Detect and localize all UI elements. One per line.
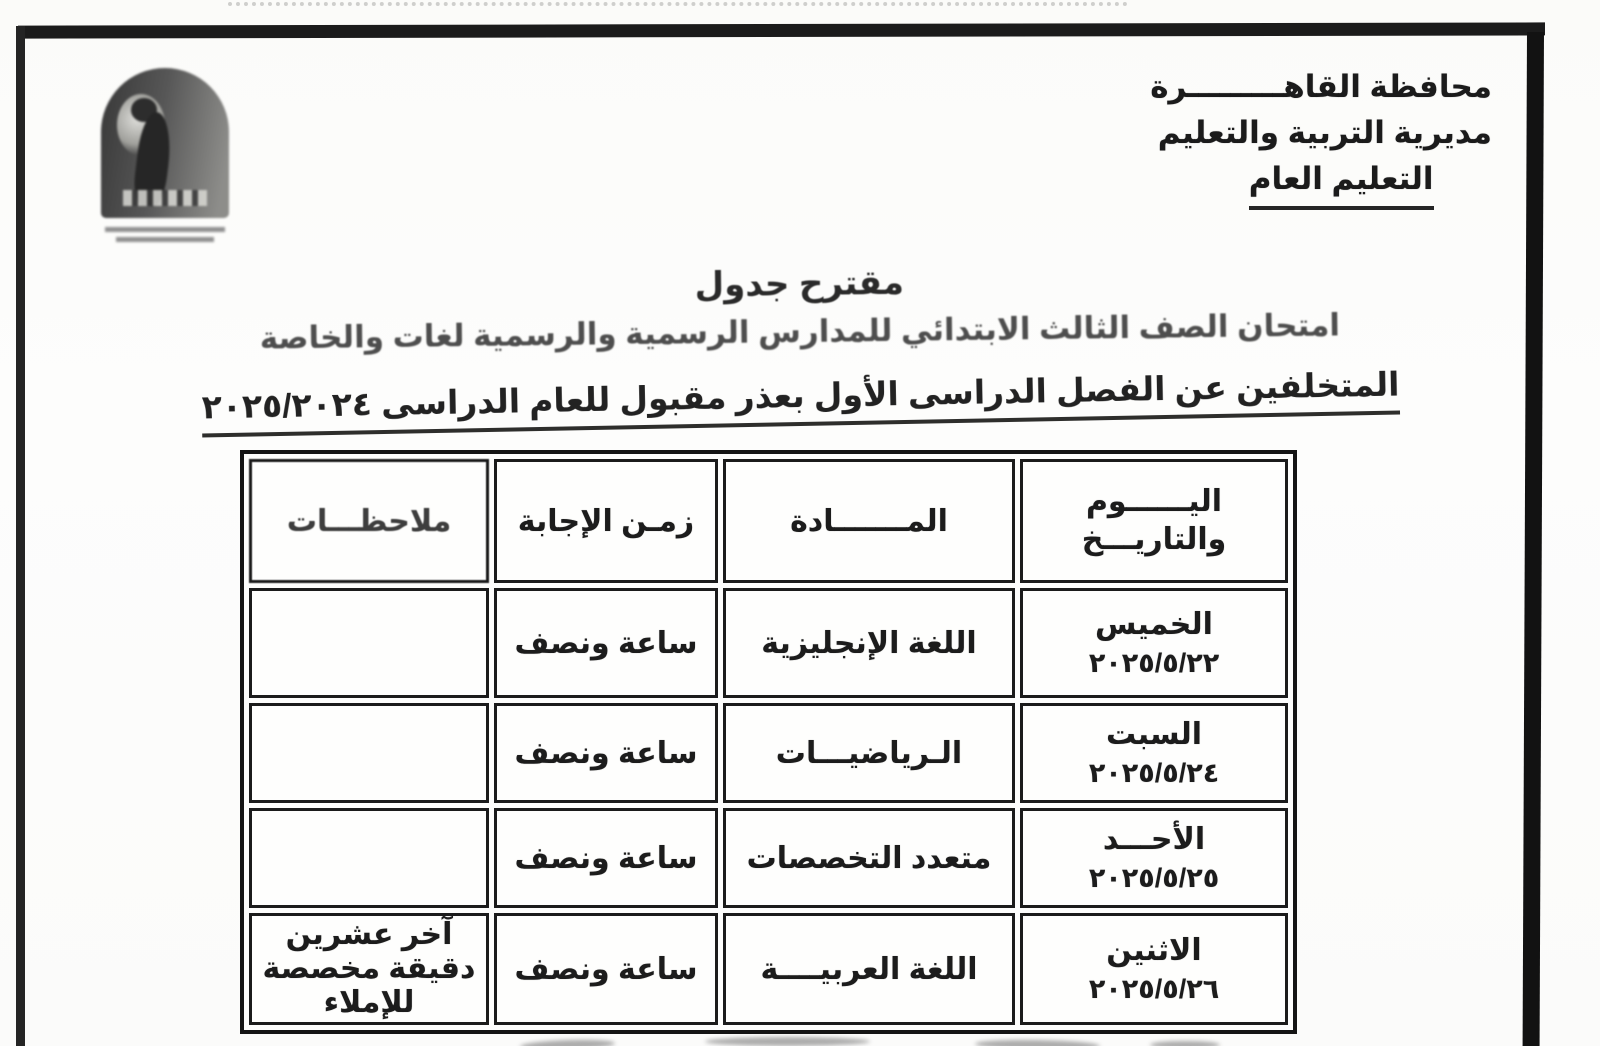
title-line-3: المتخلفين عن الفصل الدراسى الأول بعذر مق… — [201, 365, 1400, 438]
cell-day-date: الأحـــد ٢٠٢٥/٥/٢٥ — [1020, 808, 1288, 908]
scan-noise-edge — [228, 2, 1128, 6]
cell-subject: متعدد التخصصات — [723, 808, 1015, 908]
letterhead-department: التعليم العام — [1249, 156, 1434, 210]
emblem-arch-icon — [101, 68, 229, 218]
cell-day-date: الاثنين ٢٠٢٥/٥/٢٦ — [1020, 913, 1288, 1025]
title-line-3-row: المتخلفين عن الفصل الدراسى الأول بعذر مق… — [0, 366, 1600, 436]
title-line-2: امتحان الصف الثالث الابتدائي للمدارس الر… — [0, 304, 1600, 360]
exam-schedule-table: اليــــــوم والتاريـــخ المـــــــادة زم… — [240, 450, 1297, 1034]
letterhead-department-row: التعليم العام — [1150, 156, 1492, 210]
header-notes: ملاحظـــات — [249, 459, 489, 583]
cell-duration: ساعة ونصف — [494, 913, 718, 1025]
cell-notes — [249, 703, 489, 803]
day-name: الاثنين — [1031, 933, 1277, 968]
exam-schedule-table-wrap: اليــــــوم والتاريـــخ المـــــــادة زم… — [240, 450, 1297, 1034]
page-frame-left-border — [16, 26, 25, 1046]
page-frame-right-border — [1523, 32, 1544, 1046]
day-date: ٢٠٢٥/٥/٢٥ — [1031, 863, 1277, 894]
cell-duration: ساعة ونصف — [494, 588, 718, 698]
cell-notes — [249, 808, 489, 908]
title-line-1: مقترح جدول — [0, 254, 1599, 314]
header-day-date: اليــــــوم والتاريـــخ — [1020, 459, 1288, 583]
emblem-caption-line-2 — [116, 237, 214, 242]
cell-notes — [249, 588, 489, 698]
letterhead: محافظة القاهـــــــــرة مديرية التربية و… — [1150, 64, 1492, 210]
letterhead-governorate: محافظة القاهـــــــــرة — [1150, 64, 1492, 110]
bottom-cutoff-text-smudge — [705, 1037, 870, 1046]
cell-notes: آخر عشرين دقيقة مخصصة للإملاء — [249, 913, 489, 1025]
day-date: ٢٠٢٥/٥/٢٢ — [1031, 648, 1277, 679]
table-header-row: اليــــــوم والتاريـــخ المـــــــادة زم… — [249, 459, 1288, 583]
cell-subject: اللغة الإنجليزية — [723, 588, 1015, 698]
ministry-emblem-logo — [90, 68, 240, 242]
day-date: ٢٠٢٥/٥/٢٦ — [1031, 974, 1277, 1005]
cell-day-date: السبت ٢٠٢٥/٥/٢٤ — [1020, 703, 1288, 803]
day-name: الخميس — [1031, 607, 1277, 642]
emblem-base-script — [123, 190, 207, 206]
day-date: ٢٠٢٥/٥/٢٤ — [1031, 758, 1277, 789]
table-row: الأحـــد ٢٠٢٥/٥/٢٥ متعدد التخصصات ساعة و… — [249, 808, 1288, 908]
cell-day-date: الخميس ٢٠٢٥/٥/٢٢ — [1020, 588, 1288, 698]
header-subject: المـــــــادة — [723, 459, 1015, 583]
cell-subject: الـرياضيـــات — [723, 703, 1015, 803]
header-duration: زمـن الإجابة — [494, 459, 718, 583]
day-name: الأحـــد — [1031, 822, 1277, 857]
letterhead-directorate: مديرية التربية والتعليم — [1150, 110, 1492, 156]
header-day-line1: اليــــــوم — [1031, 483, 1277, 521]
table-row: السبت ٢٠٢٥/٥/٢٤ الـرياضيـــات ساعة ونصف — [249, 703, 1288, 803]
emblem-caption-line-1 — [105, 227, 225, 232]
day-name: السبت — [1031, 717, 1277, 752]
page-frame-top-border — [18, 22, 1545, 38]
cell-duration: ساعة ونصف — [494, 808, 718, 908]
bottom-cutoff-text-smudge — [975, 1039, 1100, 1046]
cell-subject: اللغة العربيــــة — [723, 913, 1015, 1025]
table-row: الاثنين ٢٠٢٥/٥/٢٦ اللغة العربيــــة ساعة… — [249, 913, 1288, 1025]
bottom-cutoff-text-smudge — [1150, 1041, 1220, 1046]
cell-duration: ساعة ونصف — [494, 703, 718, 803]
document-title-block: مقترح جدول امتحان الصف الثالث الابتدائي … — [0, 254, 1600, 436]
bottom-cutoff-text-smudge — [520, 1038, 615, 1046]
table-row: الخميس ٢٠٢٥/٥/٢٢ اللغة الإنجليزية ساعة و… — [249, 588, 1288, 698]
header-day-line2: والتاريـــخ — [1031, 521, 1277, 559]
scanned-exam-schedule-document: { "document": { "header": { "governorate… — [0, 0, 1600, 1046]
